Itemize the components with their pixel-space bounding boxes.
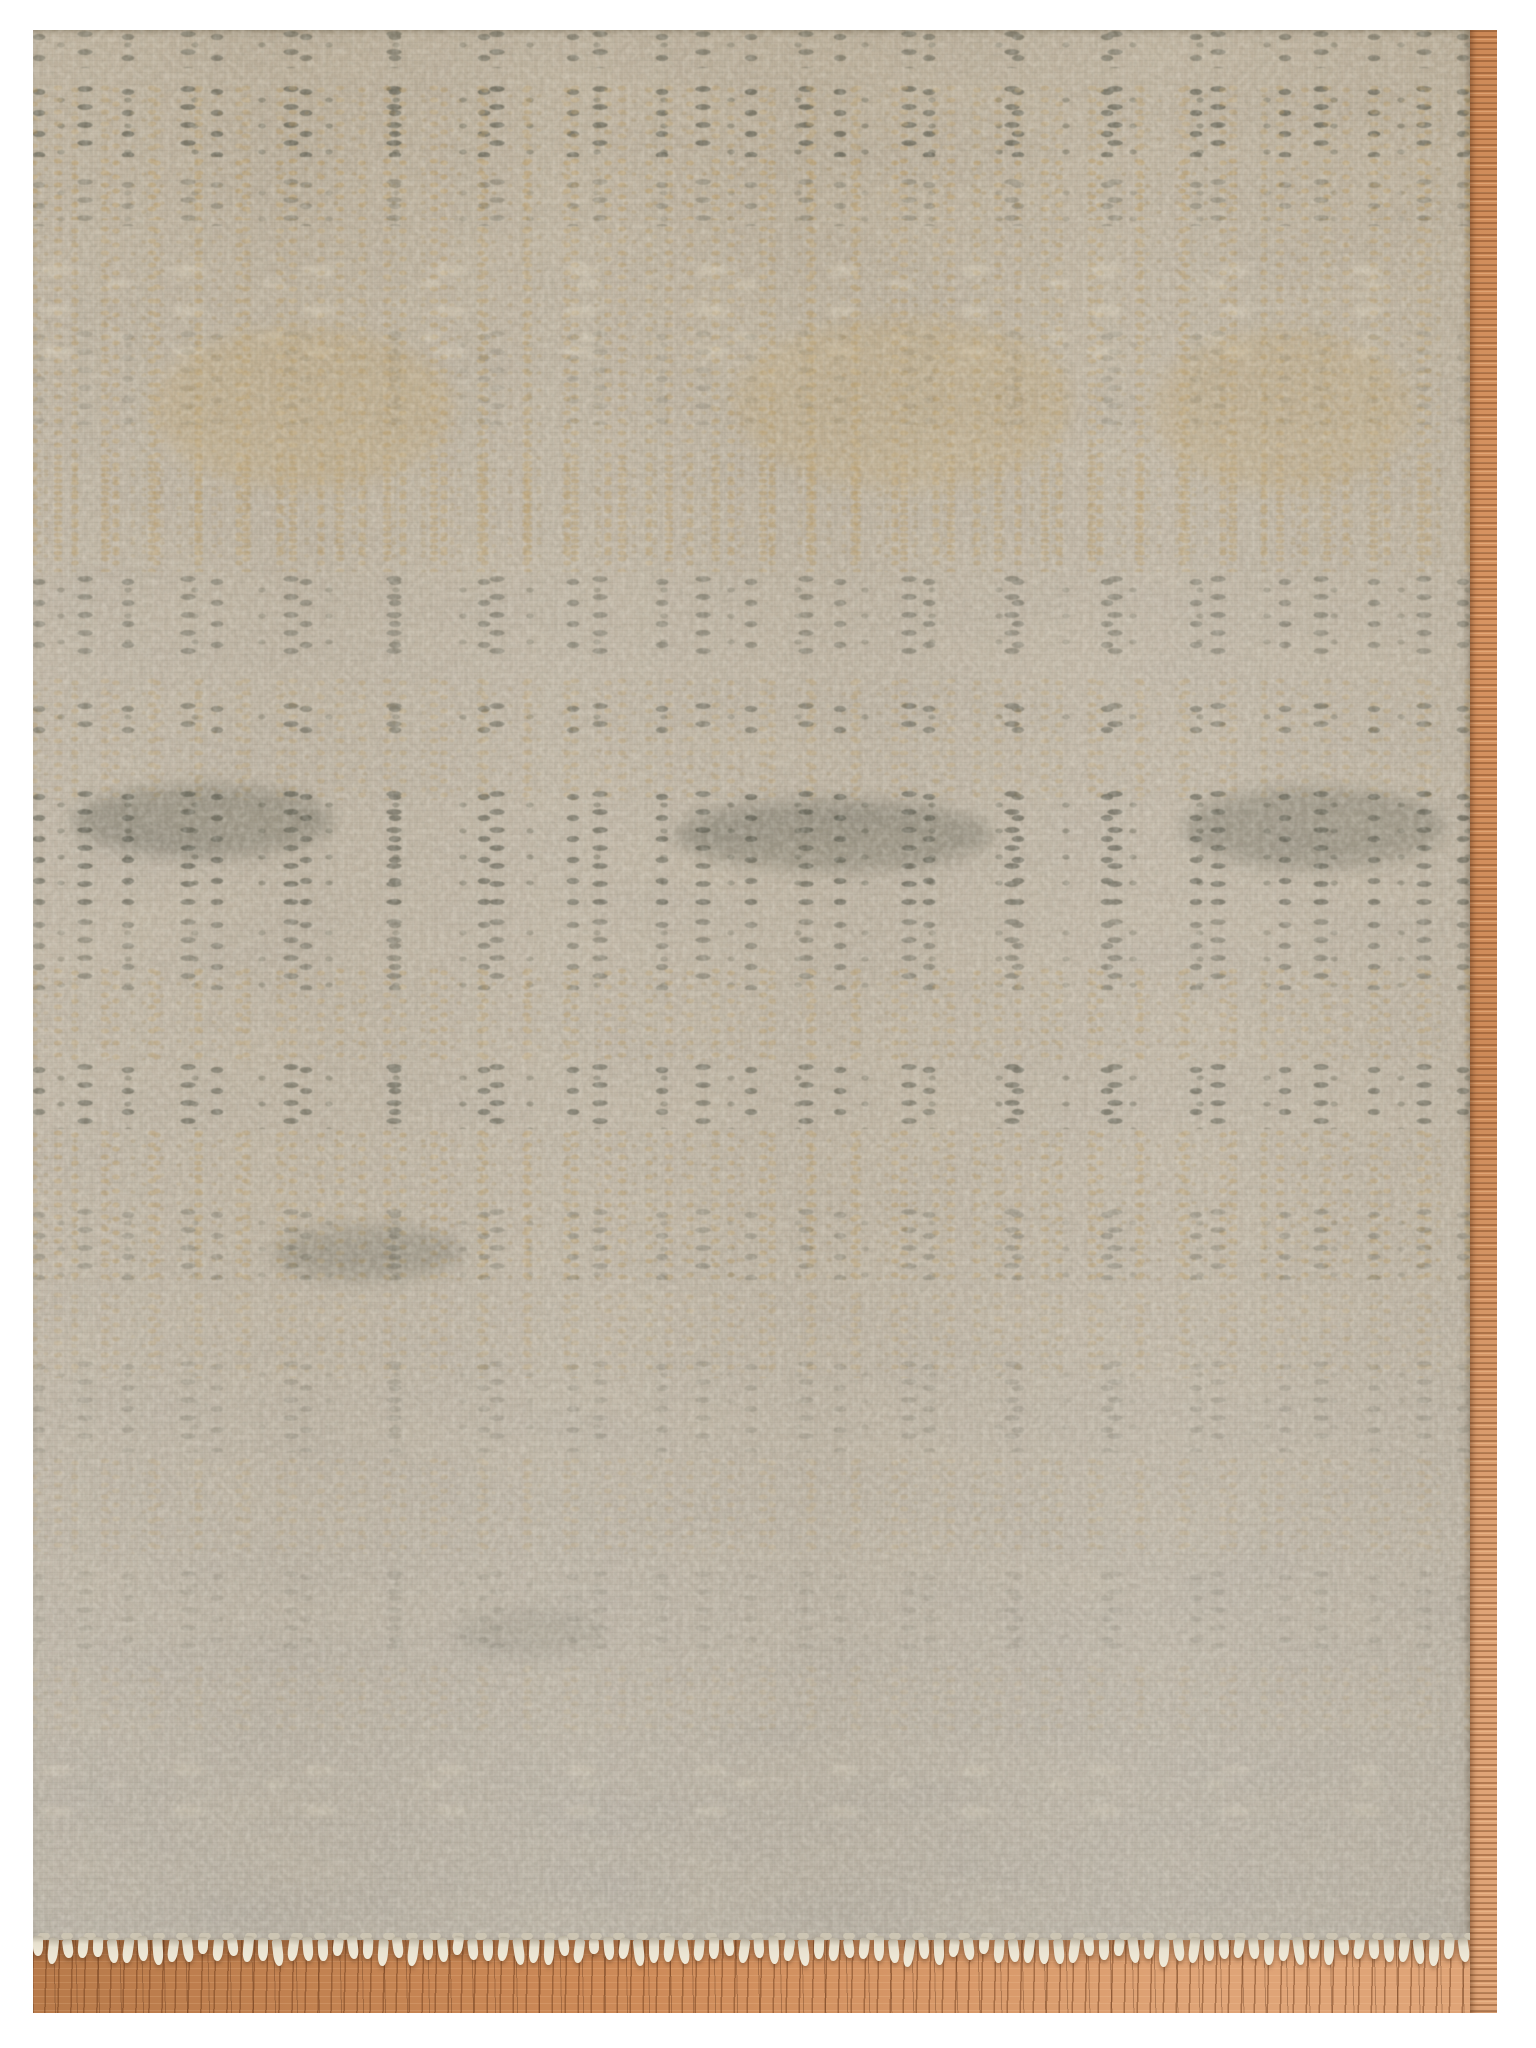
fringe-tassel [708, 1937, 719, 1959]
fringe-tassel [1023, 1936, 1036, 1963]
fringe-tassel [423, 1939, 433, 1960]
rug-fringe [33, 1936, 1470, 1976]
fringe-tassel [47, 1938, 60, 1965]
wood-floor-right [1470, 30, 1497, 2013]
rug-band-dark [33, 575, 1470, 663]
fringe-tassel [843, 1938, 855, 1958]
fringe-tassel [227, 1938, 239, 1958]
fringe-tassel [662, 1936, 675, 1963]
fringe-tassel [918, 1937, 930, 1960]
fringe-tassel [182, 1937, 195, 1963]
fringe-tassel [858, 1938, 870, 1960]
fringe-tassel [632, 1939, 645, 1966]
rug-band-dark [33, 30, 1470, 68]
fringe-tassel [1204, 1938, 1215, 1960]
fringe-tassel [813, 1937, 824, 1959]
fringe-tassel [242, 1936, 255, 1963]
fringe-tassel [1278, 1937, 1290, 1960]
fringe-tassel [543, 1938, 554, 1965]
fringe-tassel [1398, 1936, 1411, 1962]
fringe-tassel [468, 1938, 480, 1960]
fringe-tassel [902, 1938, 916, 1967]
fringe-tassel [934, 1938, 945, 1965]
fringe-tassel [1444, 1936, 1456, 1959]
fringe-tassel [649, 1938, 659, 1963]
fringe-tassel [603, 1937, 615, 1961]
fringe-tassel [979, 1936, 990, 1954]
rug-smudge-dark [453, 1610, 603, 1656]
fringe-tassel [107, 1938, 120, 1963]
fringe-tassel [363, 1938, 374, 1959]
rug-band-dark [33, 702, 1470, 736]
fringe-tassel [1113, 1938, 1125, 1956]
rug-band-gold [33, 968, 1470, 1060]
fringe-tassel [258, 1938, 268, 1961]
fringe-tassel [1353, 1937, 1366, 1959]
fringe-tassel [198, 1937, 208, 1954]
fringe-tassel [377, 1939, 389, 1967]
fringe-tassel [797, 1938, 810, 1966]
rug-smudge-gold [153, 328, 453, 488]
fringe-tassel [753, 1938, 764, 1959]
rug-band-dark [33, 1360, 1470, 1452]
rug-band-gold [33, 1665, 1470, 1737]
fringe-tassel [93, 1937, 104, 1957]
fringe-tassel [1233, 1936, 1246, 1958]
rug-smudge-gold [733, 318, 1073, 488]
rug-band-dark [33, 1208, 1470, 1280]
fringe-tassel [121, 1938, 134, 1964]
fringe-tassel [1338, 1936, 1350, 1955]
fringe-tassel [437, 1938, 449, 1963]
fringe-tassel [77, 1937, 89, 1958]
rug-photo [33, 30, 1497, 2013]
fringe-tassel [62, 1938, 74, 1958]
fringe-tassel [1429, 1939, 1440, 1966]
fringe-tassel [1008, 1938, 1021, 1962]
fringe-tassel [137, 1936, 148, 1962]
fringe-tassel [1173, 1937, 1186, 1961]
fringe-tassel [347, 1936, 360, 1960]
rug-smudge-gold [1153, 330, 1413, 490]
rug-band-gold [33, 678, 1470, 800]
photo-page [0, 0, 1536, 2048]
fringe-tassel [993, 1938, 1004, 1963]
fringe-tassel [963, 1937, 976, 1960]
fringe-tassel [1188, 1936, 1201, 1963]
fringe-tassel [452, 1936, 464, 1956]
fringe-tassel [33, 1936, 43, 1956]
rug-band-dark [33, 1063, 1470, 1129]
fringe-tassel [272, 1938, 285, 1966]
fringe-tassel [1308, 1938, 1320, 1959]
fringe-tassel [302, 1937, 314, 1962]
fringe-tassel [1083, 1936, 1095, 1956]
fringe-tassel [723, 1937, 735, 1956]
rug-smudge-dark [273, 1225, 463, 1281]
fringe-tassel [677, 1938, 690, 1964]
fringe-tassel [407, 1937, 420, 1966]
fringe-tassel [737, 1938, 750, 1964]
fringe-tassel [1264, 1939, 1274, 1965]
fringe-tassel [1413, 1938, 1426, 1964]
fringe-tassel [392, 1937, 405, 1959]
fringe-tassel [1143, 1937, 1155, 1959]
fringe-tassel [1127, 1936, 1140, 1963]
fringe-tassel [1099, 1939, 1109, 1960]
fringe-tassel [497, 1937, 510, 1962]
fringe-tassel [318, 1939, 329, 1961]
rug-band-dark [33, 1570, 1470, 1652]
rug-band-gold [33, 1458, 1470, 1554]
fringe-tassel [948, 1938, 960, 1957]
fringe-tassel [1067, 1937, 1080, 1963]
rug-smudge-dark [73, 785, 333, 857]
fringe-tassel [617, 1937, 630, 1959]
rug-pattern-bands [33, 30, 1470, 1940]
fringe-tassel [528, 1939, 540, 1964]
fringe-tassel [588, 1939, 599, 1954]
fringe-tassel [557, 1936, 570, 1957]
rug-band-gold [33, 85, 1470, 157]
fringe-tassel [287, 1937, 300, 1963]
rug-band-cream [33, 1758, 1470, 1820]
fringe-tassel [152, 1938, 164, 1965]
fringe-tassel [167, 1938, 180, 1962]
fringe-tassel [888, 1938, 900, 1962]
fringe-tassel [1248, 1937, 1260, 1959]
rug-smudge-dark [673, 800, 993, 870]
fringe-tassel [212, 1938, 224, 1961]
fringe-tassel [693, 1938, 705, 1960]
fringe-tassel [1324, 1939, 1334, 1965]
fringe-tassel [1039, 1938, 1050, 1964]
fringe-tassel [1458, 1937, 1471, 1963]
fringe-tassel [1292, 1936, 1306, 1965]
fringe-tassel [1369, 1939, 1380, 1960]
fringe-tassel [1053, 1939, 1065, 1964]
fringe-tassel [782, 1938, 795, 1961]
fringe-tassel [874, 1936, 884, 1960]
rug-band-dark [33, 178, 1470, 226]
rug-smudge-dark [1183, 788, 1445, 868]
fringe-tassel [828, 1937, 840, 1960]
rug [33, 30, 1470, 1940]
fringe-tassel [512, 1937, 526, 1965]
fringe-tassel [1384, 1938, 1395, 1963]
fringe-tassel [1219, 1938, 1230, 1959]
fringe-tassel [483, 1939, 493, 1961]
fringe-tassel [572, 1938, 585, 1963]
fringe-tassel [332, 1938, 344, 1957]
fringe-tassel [1159, 1939, 1170, 1967]
fringe-tassel [768, 1936, 779, 1964]
